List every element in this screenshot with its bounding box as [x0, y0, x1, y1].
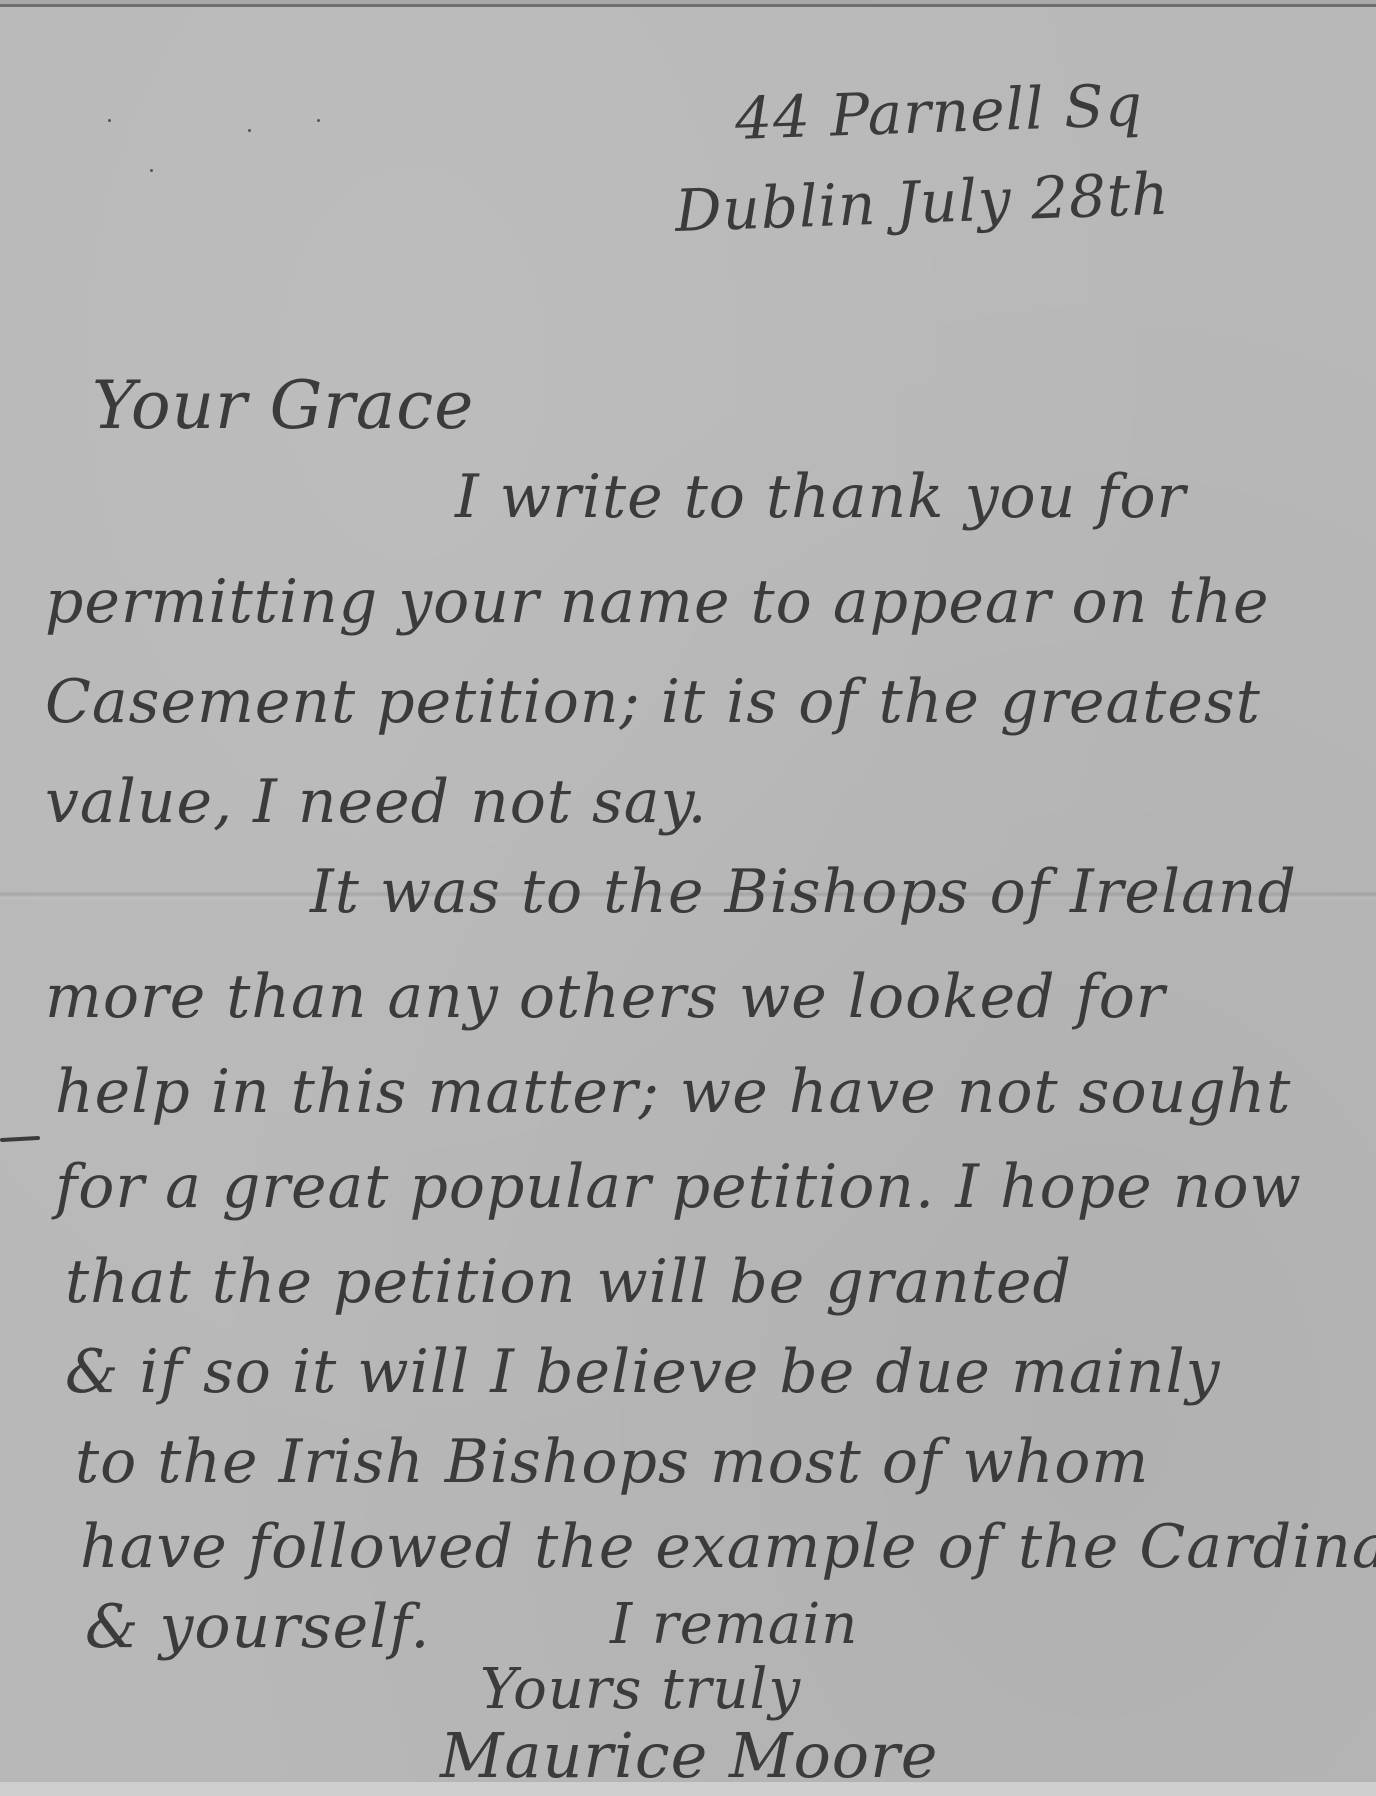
closing-remain: I remain [610, 1592, 858, 1657]
body-line-7: help in this matter; we have not sought [55, 1057, 1291, 1127]
body-line-12: have followed the example of the Cardina… [80, 1512, 1376, 1582]
scan-bottom-edge [0, 1782, 1376, 1796]
address-line: 44 Parnell Sq [734, 71, 1144, 153]
salutation: Your Grace [92, 367, 474, 444]
body-line-8: for a great popular petition. I hope now [55, 1152, 1302, 1222]
body-line-6: more than any others we looked for [45, 962, 1166, 1032]
body-line-3: Casement petition; it is of the greatest [45, 667, 1261, 737]
closing-yours-truly: Yours truly [480, 1657, 801, 1722]
body-line-11: to the Irish Bishops most of whom [75, 1427, 1149, 1497]
paper-speck [108, 119, 111, 122]
paper-speck [150, 169, 153, 172]
body-line-9: that the petition will be granted [65, 1247, 1072, 1317]
body-line-4: value, I need not say. [45, 767, 708, 837]
place-date-line: Dublin July 28th [674, 160, 1171, 245]
body-line-1: I write to thank you for [455, 462, 1186, 532]
paper-speck [317, 119, 320, 122]
body-line-13: & yourself. [85, 1592, 430, 1662]
margin-ink-mark [0, 1136, 40, 1142]
body-line-2: permitting your name to appear on the [45, 567, 1270, 637]
paper-speck [248, 129, 251, 132]
body-line-5: It was to the Bishops of Ireland [310, 857, 1297, 927]
letter-page: 44 Parnell Sq Dublin July 28th Your Grac… [0, 4, 1376, 1787]
body-line-10: & if so it will I believe be due mainly [65, 1337, 1221, 1407]
